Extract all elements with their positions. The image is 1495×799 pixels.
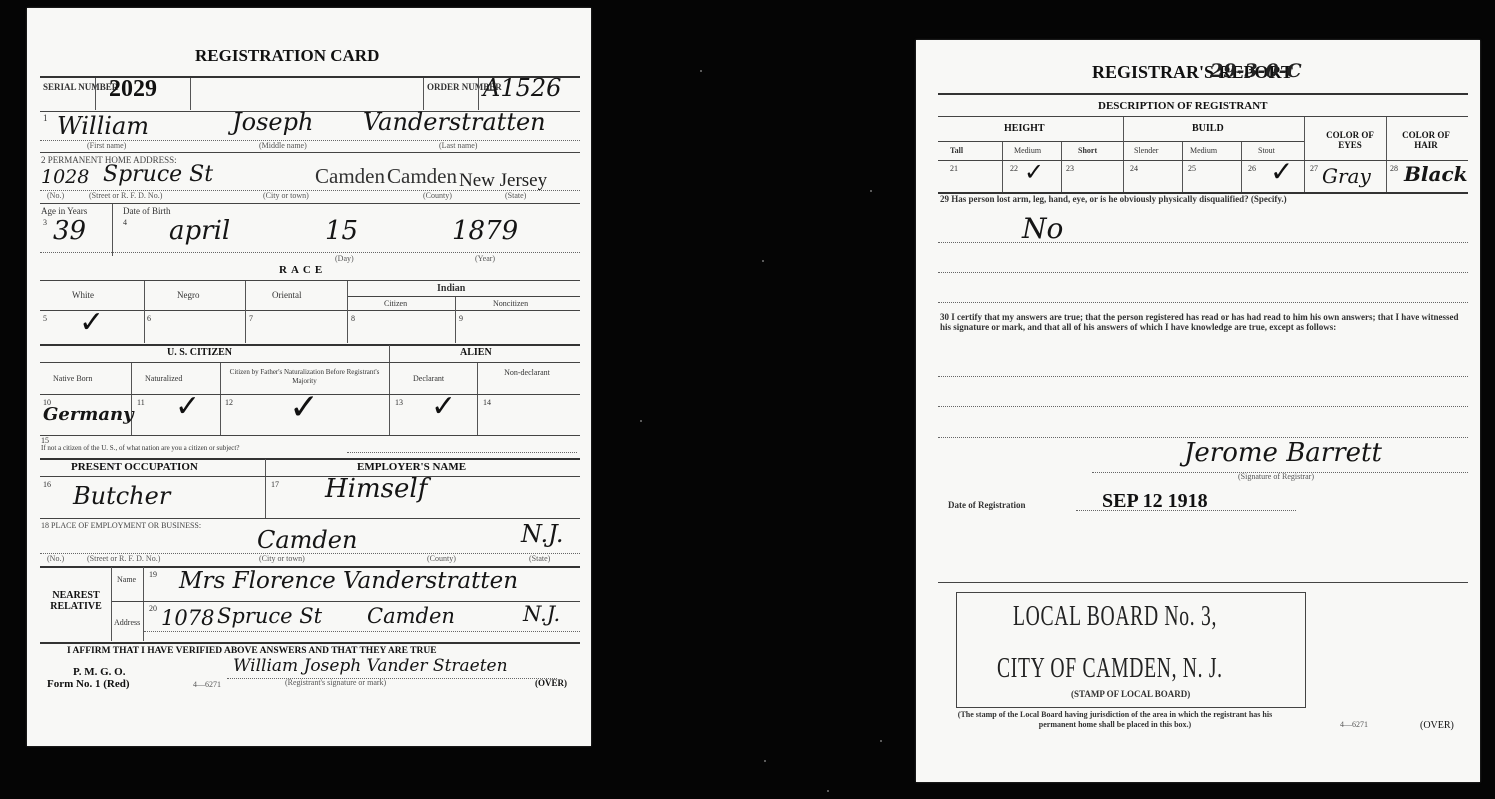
- field-number: 6: [147, 314, 151, 323]
- serial-number-label: SERIAL NUMBER: [43, 82, 93, 92]
- relative-address-label: Address: [114, 618, 140, 627]
- build-column-medium: Medium: [1190, 146, 1217, 155]
- native-born-value: Germany: [43, 404, 134, 425]
- field-number: 28: [1390, 164, 1398, 173]
- print-code: 4—6271: [193, 680, 221, 689]
- background-speck: [700, 70, 702, 72]
- field-number: 20: [149, 604, 157, 613]
- place-caption: (County): [427, 554, 456, 563]
- height-column-tall: Tall: [950, 146, 963, 155]
- field-number: 11: [137, 398, 145, 407]
- field-number: 26: [1248, 164, 1256, 173]
- registration-date-label: Date of Registration: [948, 500, 1025, 510]
- stamp-instructions: (The stamp of the Local Board having jur…: [950, 710, 1280, 730]
- background-speck: [827, 790, 829, 792]
- home-address-county: Camden: [387, 164, 457, 189]
- checkmark-icon: ✓: [1270, 158, 1293, 186]
- signature-caption: (Registrant's signature or mark): [285, 678, 386, 687]
- background-speck: [640, 420, 642, 422]
- registrar-signature-caption: (Signature of Registrar): [1238, 472, 1314, 481]
- build-column-slender: Slender: [1134, 146, 1158, 155]
- serial-number: 2029: [109, 76, 157, 103]
- field-number: 9: [459, 314, 463, 323]
- build-heading: BUILD: [1192, 123, 1224, 134]
- card-title: REGISTRATION CARD: [195, 46, 379, 66]
- relative-address-street: Spruce St: [217, 604, 322, 628]
- stamp-caption: (STAMP OF LOCAL BOARD): [1071, 689, 1190, 699]
- race-column-citizen: Citizen: [384, 299, 407, 308]
- eye-color-value: Gray: [1322, 164, 1371, 188]
- field-number: 5: [43, 314, 47, 323]
- stamp-line-1: LOCAL BOARD No. 3,: [1013, 601, 1217, 633]
- field-number: 12: [225, 398, 233, 407]
- column-native-born: Native Born: [53, 374, 92, 383]
- home-address-city: Camden: [315, 164, 385, 189]
- disability-question: 29 Has person lost arm, leg, hand, eye, …: [940, 194, 1470, 204]
- relative-address-state: N.J.: [523, 602, 560, 626]
- registrar-signature: Jerome Barrett: [1184, 438, 1382, 468]
- background-speck: [880, 740, 882, 742]
- middle-name-caption: (Middle name): [259, 141, 307, 150]
- field-number: 8: [351, 314, 355, 323]
- build-column-stout: Stout: [1258, 146, 1275, 155]
- relative-address-city: Camden: [367, 604, 455, 628]
- race-column-noncitizen: Noncitizen: [493, 299, 528, 308]
- field-number: 23: [1066, 164, 1074, 173]
- occupation-value: Butcher: [73, 482, 170, 510]
- dob-label: Date of Birth: [123, 206, 171, 216]
- order-number: A1526: [483, 74, 561, 102]
- checkmark-icon: ✓: [1024, 160, 1044, 184]
- hair-color-value: Black: [1404, 162, 1468, 186]
- certification-text: 30 I certify that my answers are true; t…: [940, 312, 1470, 332]
- home-address-street: Spruce St: [103, 162, 213, 187]
- occupation-heading: PRESENT OCCUPATION: [71, 461, 198, 473]
- checkmark-icon: ✓: [175, 392, 200, 422]
- address-caption: (City or town): [263, 191, 309, 200]
- place-state: N.J.: [521, 520, 563, 548]
- home-address-state: New Jersey: [459, 170, 547, 192]
- column-non-declarant: Non-declarant: [492, 368, 562, 377]
- place-caption: (State): [529, 554, 550, 563]
- nearest-relative-label: NEAREST RELATIVE: [45, 590, 107, 612]
- field-number: 27: [1310, 164, 1318, 173]
- first-name-caption: (First name): [87, 141, 126, 150]
- registration-card: REGISTRATION CARD SERIAL NUMBER 2029 ORD…: [27, 8, 591, 746]
- field-number: 7: [249, 314, 253, 323]
- employer-heading: EMPLOYER'S NAME: [357, 461, 466, 473]
- first-name: William: [57, 112, 149, 140]
- report-number-overwrite: 29-3-0-C: [1210, 60, 1302, 82]
- age-label: Age in Years: [41, 206, 87, 216]
- print-code: 4—6271: [1340, 720, 1368, 729]
- background-speck: [762, 260, 764, 262]
- height-heading: HEIGHT: [1004, 123, 1045, 134]
- employer-value: Himself: [325, 474, 427, 504]
- field-number: 21: [950, 164, 958, 173]
- alien-heading: ALIEN: [460, 347, 492, 358]
- relative-address-number: 1078: [161, 606, 214, 630]
- background-speck: [870, 190, 872, 192]
- field-number: 3: [43, 218, 47, 227]
- local-board-stamp-box: LOCAL BOARD No. 3, CITY OF CAMDEN, N. J.…: [956, 592, 1306, 708]
- relative-name-value: Mrs Florence Vanderstratten: [179, 568, 518, 594]
- eyes-heading: COLOR OF EYES: [1320, 130, 1380, 150]
- address-caption: (No.): [47, 191, 64, 200]
- description-heading: DESCRIPTION OF REGISTRANT: [1098, 100, 1268, 112]
- place-caption: (No.): [47, 554, 64, 563]
- disability-answer: No: [1022, 212, 1063, 245]
- order-number-label: ORDER NUMBER: [427, 82, 477, 92]
- relative-name-label: Name: [117, 575, 136, 584]
- place-caption: (City or town): [259, 554, 305, 563]
- form-agency: P. M. G. O.: [73, 666, 125, 678]
- race-indian-label: Indian: [437, 283, 465, 294]
- hair-heading: COLOR OF HAIR: [1396, 130, 1456, 150]
- column-naturalized: Naturalized: [145, 374, 182, 383]
- stamp-line-2: CITY OF CAMDEN, N. J.: [997, 653, 1223, 685]
- us-citizen-heading: U. S. CITIZEN: [167, 347, 232, 358]
- dob-month: april: [169, 216, 230, 246]
- address-caption: (Street or R. F. D. No.): [89, 191, 162, 200]
- field-number: 25: [1188, 164, 1196, 173]
- over-label: (OVER): [1420, 720, 1454, 731]
- dob-year: 1879: [452, 216, 518, 246]
- nationality-question: If not a citizen of the U. S., of what n…: [41, 444, 239, 452]
- field-number: 16: [43, 480, 51, 489]
- home-address-number: 1028: [41, 166, 89, 188]
- address-caption: (State): [505, 191, 526, 200]
- field-number: 4: [123, 218, 127, 227]
- affirmation-text: I AFFIRM THAT I HAVE VERIFIED ABOVE ANSW…: [67, 646, 437, 656]
- registrars-report-card: REGISTRAR'S REPORT 29-3-0-C DESCRIPTION …: [916, 40, 1480, 782]
- last-name: Vanderstratten: [363, 108, 546, 136]
- place-caption: (Street or R. F. D. No.): [87, 554, 160, 563]
- field-number: 13: [395, 398, 403, 407]
- background-speck: [764, 760, 766, 762]
- race-column-negro: Negro: [177, 290, 200, 300]
- checkmark-icon: ✓: [79, 308, 104, 338]
- field-number: 1: [43, 113, 48, 123]
- place-of-employment-label: 18 PLACE OF EMPLOYMENT OR BUSINESS:: [41, 521, 201, 530]
- field-number: 22: [1010, 164, 1018, 173]
- field-number: 24: [1130, 164, 1138, 173]
- age-value: 39: [53, 216, 86, 246]
- race-column-oriental: Oriental: [272, 290, 302, 300]
- over-label: (OVER): [535, 678, 567, 688]
- checkmark-icon: ✓: [431, 392, 456, 422]
- registrant-signature: William Joseph Vander Straeten: [233, 656, 508, 676]
- race-column-white: White: [72, 290, 94, 300]
- middle-name: Joseph: [232, 108, 313, 136]
- race-heading: RACE: [279, 264, 326, 276]
- column-citizen-by-father: Citizen by Father's Naturalization Befor…: [227, 368, 382, 386]
- field-number: 19: [149, 570, 157, 579]
- field-number: 14: [483, 398, 491, 407]
- year-caption: (Year): [475, 254, 495, 263]
- field-number: 17: [271, 480, 279, 489]
- place-city: Camden: [257, 526, 357, 554]
- day-caption: (Day): [335, 254, 354, 263]
- height-column-short: Short: [1078, 146, 1097, 155]
- checkmark-icon: ✓: [289, 390, 319, 426]
- height-column-medium: Medium: [1014, 146, 1041, 155]
- column-declarant: Declarant: [413, 374, 444, 383]
- address-caption: (County): [423, 191, 452, 200]
- dob-day: 15: [325, 216, 358, 246]
- last-name-caption: (Last name): [439, 141, 477, 150]
- form-number: Form No. 1 (Red): [47, 678, 129, 690]
